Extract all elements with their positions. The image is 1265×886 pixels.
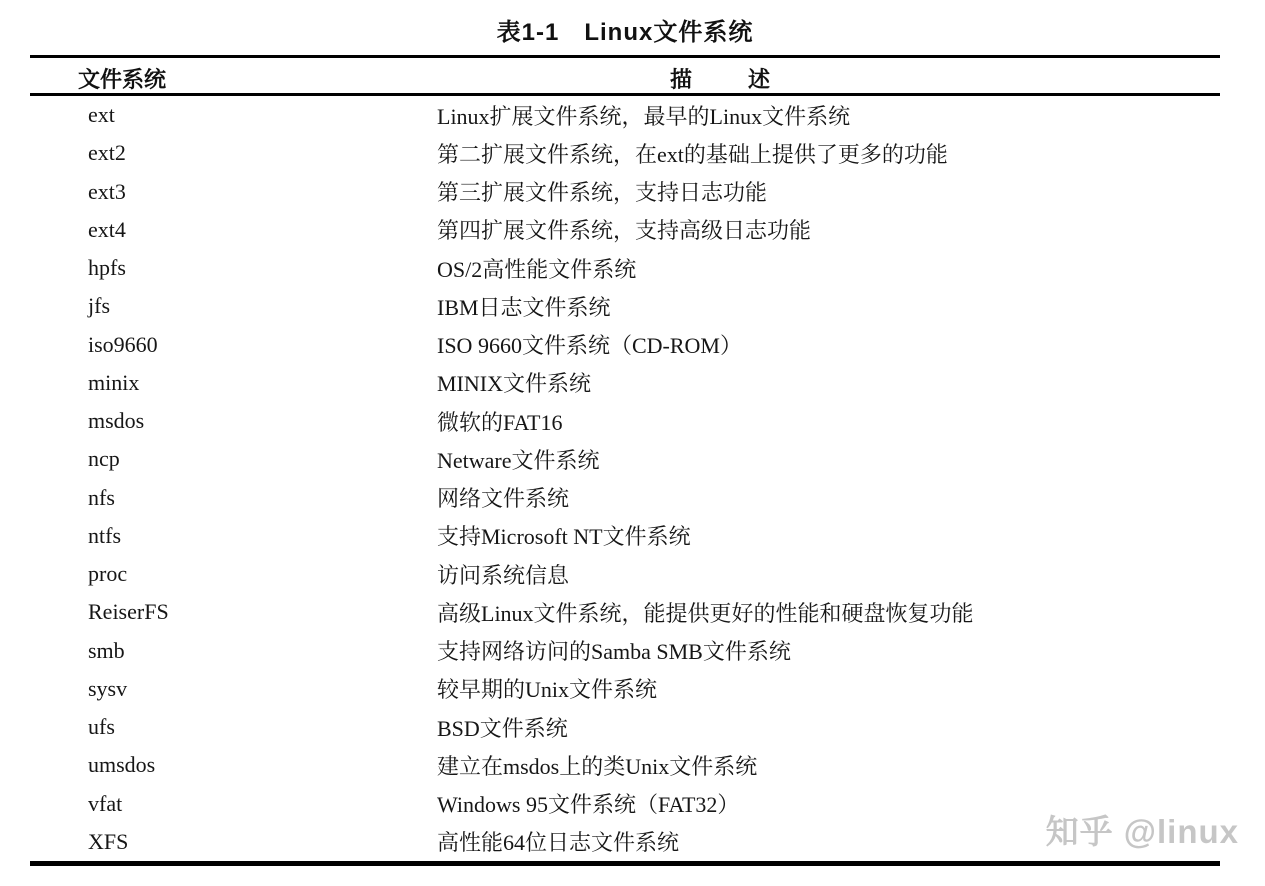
filesystem-description: 第三扩展文件系统，支持日志功能 xyxy=(437,176,1220,207)
filesystem-description: MINIX文件系统 xyxy=(437,367,1220,398)
zhihu-watermark: 知乎 @linux xyxy=(1046,806,1239,853)
filesystem-name: ncp xyxy=(30,446,437,472)
filesystem-description: 支持网络访问的Samba SMB文件系统 xyxy=(437,635,1220,666)
filesystem-description: 访问系统信息 xyxy=(437,559,1220,590)
table-row: sysv 较早期的Unix文件系统 xyxy=(30,670,1220,708)
table-row: XFS 高性能64位日志文件系统 xyxy=(30,823,1220,861)
filesystem-name: XFS xyxy=(30,829,437,855)
table-row: iso9660 ISO 9660文件系统（CD-ROM） xyxy=(30,326,1220,364)
filesystem-name: ReiserFS xyxy=(30,599,437,625)
table-row: smb 支持网络访问的Samba SMB文件系统 xyxy=(30,632,1220,670)
book-page: 表1-1 Linux文件系统 文件系统 描 述 ext Linux扩展文件系统，… xyxy=(0,0,1265,886)
filesystem-name: ufs xyxy=(30,714,437,740)
column-header-description: 描 述 xyxy=(670,63,774,94)
table-body: ext Linux扩展文件系统，最早的Linux文件系统 ext2 第二扩展文件… xyxy=(30,96,1220,861)
filesystem-name: iso9660 xyxy=(30,332,437,358)
table-title: 表1-1 Linux文件系统 xyxy=(30,12,1220,47)
table-row: ext Linux扩展文件系统，最早的Linux文件系统 xyxy=(30,96,1220,134)
filesystem-name: smb xyxy=(30,638,437,664)
filesystem-description: 网络文件系统 xyxy=(437,482,1220,513)
table-row: ext2 第二扩展文件系统，在ext的基础上提供了更多的功能 xyxy=(30,134,1220,172)
filesystem-name: ntfs xyxy=(30,523,437,549)
table-row: proc 访问系统信息 xyxy=(30,555,1220,593)
table-row: ReiserFS 高级Linux文件系统，能提供更好的性能和硬盘恢复功能 xyxy=(30,593,1220,631)
filesystem-description: BSD文件系统 xyxy=(437,712,1220,743)
table-row: ufs BSD文件系统 xyxy=(30,708,1220,746)
filesystem-name: ext3 xyxy=(30,179,437,205)
filesystem-name: proc xyxy=(30,561,437,587)
table-row: ncp Netware文件系统 xyxy=(30,440,1220,478)
filesystem-description: OS/2高性能文件系统 xyxy=(437,253,1220,284)
filesystem-name: ext2 xyxy=(30,140,437,166)
filesystem-description: 高级Linux文件系统，能提供更好的性能和硬盘恢复功能 xyxy=(437,597,1220,628)
filesystem-description: Linux扩展文件系统，最早的Linux文件系统 xyxy=(437,100,1220,131)
table-header-row: 文件系统 描 述 xyxy=(30,58,1220,93)
filesystem-name: umsdos xyxy=(30,752,437,778)
filesystem-name: jfs xyxy=(30,293,437,319)
table-row: umsdos 建立在msdos上的类Unix文件系统 xyxy=(30,746,1220,784)
filesystem-description: Netware文件系统 xyxy=(437,444,1220,475)
table-row: minix MINIX文件系统 xyxy=(30,364,1220,402)
table-row: hpfs OS/2高性能文件系统 xyxy=(30,249,1220,287)
filesystem-name: hpfs xyxy=(30,255,437,281)
table-row: vfat Windows 95文件系统（FAT32） xyxy=(30,785,1220,823)
column-header-filesystem: 文件系统 xyxy=(78,63,166,94)
table-row: jfs IBM日志文件系统 xyxy=(30,287,1220,325)
filesystem-description: 建立在msdos上的类Unix文件系统 xyxy=(437,750,1220,781)
filesystem-name: minix xyxy=(30,370,437,396)
filesystem-description: IBM日志文件系统 xyxy=(437,291,1220,322)
table-row: nfs 网络文件系统 xyxy=(30,479,1220,517)
table-row: ext3 第三扩展文件系统，支持日志功能 xyxy=(30,173,1220,211)
filesystem-description: 微软的FAT16 xyxy=(437,406,1220,437)
table-bottom-rule xyxy=(30,861,1220,866)
filesystem-description: 支持Microsoft NT文件系统 xyxy=(437,520,1220,551)
filesystem-name: nfs xyxy=(30,485,437,511)
filesystem-name: sysv xyxy=(30,676,437,702)
filesystem-name: ext xyxy=(30,102,437,128)
filesystem-description: 第四扩展文件系统，支持高级日志功能 xyxy=(437,214,1220,245)
table-row: ext4 第四扩展文件系统，支持高级日志功能 xyxy=(30,211,1220,249)
filesystem-description: ISO 9660文件系统（CD-ROM） xyxy=(437,329,1220,360)
table-row: ntfs 支持Microsoft NT文件系统 xyxy=(30,517,1220,555)
filesystem-name: msdos xyxy=(30,408,437,434)
filesystem-description: 较早期的Unix文件系统 xyxy=(437,673,1220,704)
filesystem-description: 第二扩展文件系统，在ext的基础上提供了更多的功能 xyxy=(437,138,1220,169)
table-row: msdos 微软的FAT16 xyxy=(30,402,1220,440)
filesystem-name: ext4 xyxy=(30,217,437,243)
filesystem-name: vfat xyxy=(30,791,437,817)
